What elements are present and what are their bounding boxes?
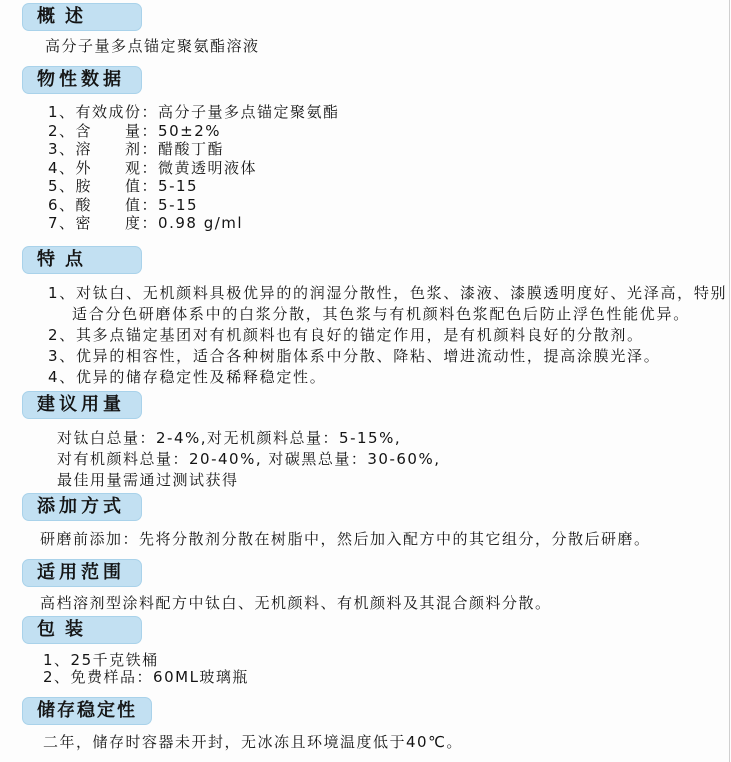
packaging-item: 1、25千克铁桶 [43,652,731,670]
section-dosage: 建议用量 对钛白总量：2-4%,对无机颜料总量：5-15%, 对有机颜料总量：2… [0,391,731,491]
section-body-packaging: 1、25千克铁桶 2、免费样品：60ML玻璃瓶 [0,652,731,687]
property-item: 2、含 量：50±2% [48,122,731,141]
section-packaging: 包装 1、25千克铁桶 2、免费样品：60ML玻璃瓶 [0,616,731,687]
property-item: 3、溶 剂：醋酸丁酯 [48,140,731,159]
section-title: 建议用量 [37,394,125,415]
section-header-dosage: 建议用量 [22,391,142,419]
section-properties: 物性数据 1、有效成份：高分子量多点锚定聚氨酯 2、含 量：50±2% 3、溶 … [0,66,731,233]
section-body-storage-stability: 二年，储存时容器未开封，无冰冻且环境温度低于40℃。 [0,733,731,751]
page-edge-line [729,0,730,762]
section-applicable-scope: 适用范围 高档溶剂型涂料配方中钛白、无机颜料、有机颜料及其混合颜料分散。 [0,559,731,612]
property-item: 7、密 度：0.98 g/ml [48,214,731,233]
section-body-features: 1、对钛白、无机颜料具极优异的的润湿分散性，色浆、漆液、漆膜透明度好、光泽高，特… [0,283,731,388]
section-title: 储存稳定性 [37,700,137,721]
section-features: 特点 1、对钛白、无机颜料具极优异的的润湿分散性，色浆、漆液、漆膜透明度好、光泽… [0,246,731,388]
property-item: 4、外 观：微黄透明液体 [48,159,731,178]
applicable-scope-text: 高档溶剂型涂料配方中钛白、无机颜料、有机颜料及其混合颜料分散。 [40,594,731,612]
section-title: 概述 [37,6,93,27]
section-title: 包装 [37,619,93,640]
property-item: 1、有效成份：高分子量多点锚定聚氨酯 [48,103,731,122]
dosage-line: 最佳用量需通过测试获得 [57,470,731,491]
feature-item: 2、其多点锚定基团对有机颜料也有良好的锚定作用，是有机颜料良好的分散剂。 [72,325,729,346]
feature-item: 3、优异的相容性，适合各种树脂体系中分散、降粘、增进流动性，提高涂膜光泽。 [72,346,729,367]
section-title: 物性数据 [37,69,125,90]
section-header-addition-method: 添加方式 [22,493,142,521]
section-header-properties: 物性数据 [22,66,142,94]
section-title: 特点 [37,249,93,270]
section-body-addition-method: 研磨前添加：先将分散剂分散在树脂中，然后加入配方中的其它组分，分散后研磨。 [0,530,731,548]
section-header-storage-stability: 储存稳定性 [22,697,152,725]
overview-text: 高分子量多点锚定聚氨酯溶液 [45,37,731,55]
feature-item: 4、优异的储存稳定性及稀释稳定性。 [72,367,729,388]
section-addition-method: 添加方式 研磨前添加：先将分散剂分散在树脂中，然后加入配方中的其它组分，分散后研… [0,493,731,548]
property-item: 5、胺 值：5-15 [48,177,731,196]
datasheet-page: 概述 高分子量多点锚定聚氨酯溶液 物性数据 1、有效成份：高分子量多点锚定聚氨酯… [0,0,731,762]
section-body-applicable-scope: 高档溶剂型涂料配方中钛白、无机颜料、有机颜料及其混合颜料分散。 [0,594,731,612]
dosage-line: 对钛白总量：2-4%,对无机颜料总量：5-15%, [57,428,731,449]
packaging-item: 2、免费样品：60ML玻璃瓶 [43,669,731,687]
storage-stability-text: 二年，储存时容器未开封，无冰冻且环境温度低于40℃。 [43,733,731,751]
property-item: 6、酸 值：5-15 [48,196,731,215]
section-overview: 概述 高分子量多点锚定聚氨酯溶液 [0,3,731,55]
dosage-line: 对有机颜料总量：20-40%, 对碳黑总量：30-60%, [57,449,731,470]
section-header-packaging: 包装 [22,616,142,644]
section-header-applicable-scope: 适用范围 [22,559,142,587]
section-storage-stability: 储存稳定性 二年，储存时容器未开封，无冰冻且环境温度低于40℃。 [0,697,731,751]
section-body-dosage: 对钛白总量：2-4%,对无机颜料总量：5-15%, 对有机颜料总量：20-40%… [0,428,731,491]
section-body-overview: 高分子量多点锚定聚氨酯溶液 [0,37,731,55]
section-title: 添加方式 [37,496,125,517]
feature-item: 1、对钛白、无机颜料具极优异的的润湿分散性，色浆、漆液、漆膜透明度好、光泽高，特… [72,283,729,325]
section-title: 适用范围 [37,562,125,583]
section-body-properties: 1、有效成份：高分子量多点锚定聚氨酯 2、含 量：50±2% 3、溶 剂：醋酸丁… [0,103,731,233]
section-header-overview: 概述 [22,3,142,31]
addition-method-text: 研磨前添加：先将分散剂分散在树脂中，然后加入配方中的其它组分，分散后研磨。 [40,530,731,548]
section-header-features: 特点 [22,246,142,274]
